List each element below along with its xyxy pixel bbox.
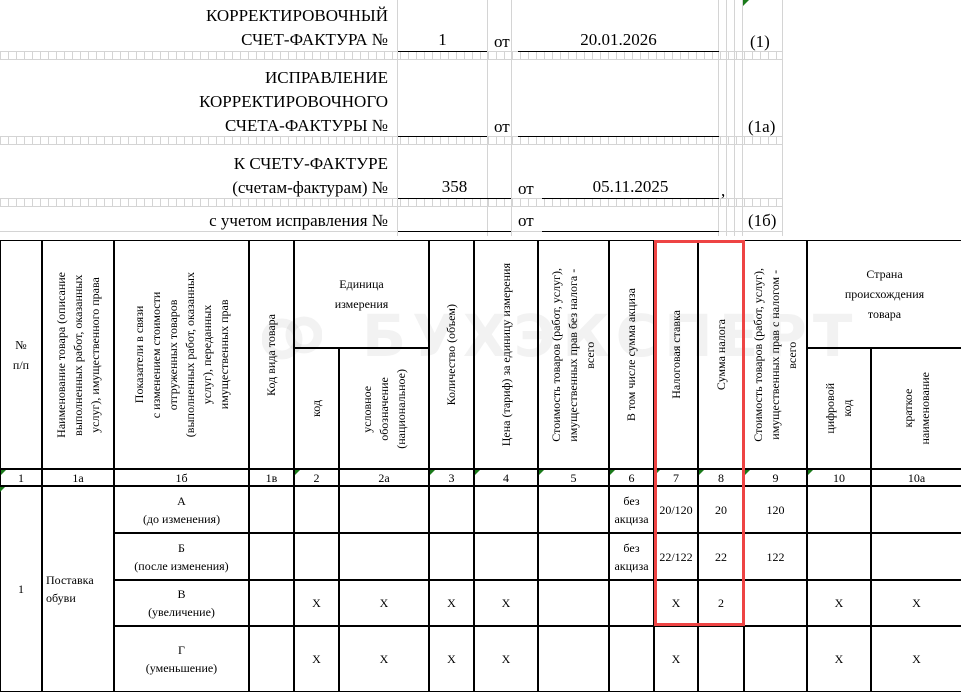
column-number: 3 xyxy=(429,469,474,486)
line-ref-1b: (1б) xyxy=(748,210,776,232)
line-ref-1a: (1а) xyxy=(748,116,775,138)
header-excise-text: В том числе сумма акциза xyxy=(623,288,640,421)
cell-country-code xyxy=(807,533,871,580)
cell-quantity xyxy=(429,533,474,580)
cell-goods-code xyxy=(249,626,294,692)
header-tax-amount-text: Сумма налога xyxy=(713,319,730,390)
comment-marker xyxy=(430,470,435,475)
column-number: 5 xyxy=(538,469,609,486)
cell-country-code-text: X xyxy=(835,650,844,668)
header-cost-with-tax-text: Стоимость товаров (работ, услуг), имущес… xyxy=(750,268,801,442)
column-number: 9 xyxy=(744,469,807,486)
cell-cost-wo-tax xyxy=(538,486,609,533)
cell-quantity xyxy=(429,486,474,533)
cell-tax-amount: 22 xyxy=(698,533,744,580)
column-number: 7 xyxy=(654,469,698,486)
base-invoice-number[interactable]: 358 xyxy=(398,176,511,199)
column-number: 1а xyxy=(42,469,114,486)
cell-cost-with-tax: 122 xyxy=(744,533,807,580)
cell-indicator-text: Г (уменьшение) xyxy=(146,641,217,677)
cell-goods-code xyxy=(249,533,294,580)
cell-unit-name-text: X xyxy=(380,594,389,612)
cell-excise xyxy=(609,580,654,626)
cell-tax-amount xyxy=(698,626,744,692)
correction-label: ИСПРАВЛЕНИЕ КОРРЕКТИРОВОЧНОГО СЧЕТА-ФАКТ… xyxy=(80,66,388,138)
cell-goods-code xyxy=(249,486,294,533)
corrective-invoice-number[interactable]: 1 xyxy=(398,29,487,52)
comment-marker xyxy=(655,470,660,475)
column-number: 1б xyxy=(114,469,249,486)
cell-quantity: X xyxy=(429,580,474,626)
header-country-code: цифровой код xyxy=(807,348,871,469)
cell-country-name-text: X xyxy=(912,594,921,612)
cell-price xyxy=(474,486,538,533)
header-price-text: Цена (тариф) за единицу измерения xyxy=(498,263,515,446)
column-number-text: 2а xyxy=(378,469,389,487)
cell-country-name xyxy=(871,533,961,580)
cell-unit-name-text: X xyxy=(380,650,389,668)
comment-marker xyxy=(295,470,300,475)
cell-country-name: X xyxy=(871,626,961,692)
grid-band xyxy=(0,51,783,60)
cell-unit-code: X xyxy=(294,580,339,626)
column-number-text: 1б xyxy=(175,469,187,487)
cell-unit-code xyxy=(294,533,339,580)
comment-marker xyxy=(539,470,544,475)
line-ref-1: (1) xyxy=(750,31,770,53)
header-quantity-text: Количество (объем) xyxy=(443,304,460,405)
header-goods-code-text: Код вида товара xyxy=(263,314,280,396)
header-name: Наименование товара (описание выполненны… xyxy=(42,240,114,469)
cell-unit-name xyxy=(339,533,429,580)
column-number-text: 1в xyxy=(266,469,278,487)
column-number-text: 4 xyxy=(503,469,509,487)
comment-marker xyxy=(1,470,6,475)
header-unit-name-text: условное обозначение (национальное) xyxy=(359,369,410,449)
column-number-text: 3 xyxy=(449,469,455,487)
cell-price-text: X xyxy=(502,594,511,612)
item-number: 1 xyxy=(0,486,42,692)
cell-indicator: Г (уменьшение) xyxy=(114,626,249,692)
column-number: 1 xyxy=(0,469,42,486)
column-number-text: 6 xyxy=(629,469,635,487)
header-cost-with-tax: Стоимость товаров (работ, услуг), имущес… xyxy=(744,240,807,469)
column-number-text: 8 xyxy=(718,469,724,487)
cell-country-code: X xyxy=(807,626,871,692)
cell-tax-rate: X xyxy=(654,580,698,626)
column-number-text: 1а xyxy=(72,469,83,487)
cell-tax-amount-text: 20 xyxy=(715,501,727,519)
header-name-text: Наименование товара (описание выполненны… xyxy=(53,272,104,438)
from-label: от xyxy=(494,31,510,53)
cell-country-code-text: X xyxy=(835,594,844,612)
from-label: от xyxy=(494,116,510,138)
cell-tax-amount-text: 22 xyxy=(715,548,727,566)
with-correction-label: с учетом исправления № xyxy=(80,209,388,233)
cell-indicator-text: Б (после изменения) xyxy=(134,539,228,575)
cell-tax-rate: 22/122 xyxy=(654,533,698,580)
header-tax-rate: Налоговая ставка xyxy=(654,240,698,469)
cell-tax-rate-text: X xyxy=(672,594,681,612)
header-unit-group: Единица измерения xyxy=(294,240,429,348)
comment-marker xyxy=(610,470,615,475)
cell-price: X xyxy=(474,626,538,692)
column-number-text: 1 xyxy=(18,469,24,487)
cell-country-name xyxy=(871,486,961,533)
cell-unit-name: X xyxy=(339,626,429,692)
header-country-name-text: краткое наименование xyxy=(900,372,934,445)
cell-cost-wo-tax xyxy=(538,626,609,692)
cell-tax-amount: 20 xyxy=(698,486,744,533)
cell-indicator-text: В (увеличение) xyxy=(148,585,215,621)
comment-marker xyxy=(743,0,749,6)
cell-indicator-text: А (до изменения) xyxy=(143,492,220,528)
cell-tax-rate: X xyxy=(654,626,698,692)
column-number: 10а xyxy=(871,469,961,486)
header-country-code-text: цифровой код xyxy=(822,383,856,434)
header-cost-without-tax-text: Стоимость товаров (работ, услуг), имущес… xyxy=(548,268,599,442)
cell-excise: без акциза xyxy=(609,533,654,580)
from-label: от xyxy=(518,210,534,232)
cell-country-name: X xyxy=(871,580,961,626)
column-number-text: 9 xyxy=(773,469,779,487)
with-correction-date[interactable] xyxy=(542,209,719,232)
cell-tax-rate-text: 20/120 xyxy=(659,501,692,519)
cell-unit-name: X xyxy=(339,580,429,626)
header-tax-rate-text: Налоговая ставка xyxy=(668,310,685,399)
cell-cost-with-tax xyxy=(744,580,807,626)
cell-country-code: X xyxy=(807,580,871,626)
cell-unit-code-text: X xyxy=(312,594,321,612)
cell-excise-text: без акциза xyxy=(614,492,648,528)
header-price: Цена (тариф) за единицу измерения xyxy=(474,240,538,469)
column-number: 4 xyxy=(474,469,538,486)
cell-excise-text: без акциза xyxy=(614,539,648,575)
correction-date[interactable] xyxy=(518,114,719,137)
column-number: 6 xyxy=(609,469,654,486)
column-number: 10 xyxy=(807,469,871,486)
cell-cost-wo-tax xyxy=(538,533,609,580)
comment-marker xyxy=(808,470,813,475)
cell-goods-code xyxy=(249,580,294,626)
base-invoice-label: К СЧЕТУ-ФАКТУРЕ (счетам-фактурам) № xyxy=(80,152,388,200)
cell-cost-with-tax: 120 xyxy=(744,486,807,533)
cell-tax-rate-text: X xyxy=(672,650,681,668)
column-number: 2а xyxy=(339,469,429,486)
item-name: Поставка обуви xyxy=(42,486,114,692)
item-number-text: 1 xyxy=(18,580,24,598)
column-number-text: 2 xyxy=(314,469,320,487)
cell-indicator: А (до изменения) xyxy=(114,486,249,533)
header-country-group: Страна происхождения товара xyxy=(807,240,961,348)
cell-price: X xyxy=(474,580,538,626)
header-quantity: Количество (объем) xyxy=(429,240,474,469)
cell-country-name-text: X xyxy=(912,650,921,668)
column-number: 2 xyxy=(294,469,339,486)
cell-unit-code xyxy=(294,486,339,533)
cell-price xyxy=(474,533,538,580)
cell-cost-wo-tax xyxy=(538,580,609,626)
cell-unit-code: X xyxy=(294,626,339,692)
column-number: 1в xyxy=(249,469,294,486)
cell-indicator: В (увеличение) xyxy=(114,580,249,626)
header-country-name: краткое наименование xyxy=(871,348,961,469)
column-number-text: 5 xyxy=(571,469,577,487)
cell-quantity: X xyxy=(429,626,474,692)
cell-cost-with-tax-text: 120 xyxy=(767,501,785,519)
cell-cost-with-tax xyxy=(744,626,807,692)
header-unit-code-text: код xyxy=(308,400,325,417)
from-label: от xyxy=(518,178,534,200)
base-invoice-date[interactable]: 05.11.2025 xyxy=(542,176,719,199)
header-cost-without-tax: Стоимость товаров (работ, услуг), имущес… xyxy=(538,240,609,469)
column-number: 8 xyxy=(698,469,744,486)
header-num: № п/п xyxy=(0,240,42,469)
header-indicators-text: Показатели в связи с изменением стоимост… xyxy=(131,272,233,437)
cell-quantity-text: X xyxy=(447,594,456,612)
cell-excise: без акциза xyxy=(609,486,654,533)
column-number-text: 10 xyxy=(833,469,845,487)
header-country-group-text: Страна происхождения товара xyxy=(845,264,924,324)
comment-marker xyxy=(475,470,480,475)
cell-unit-name xyxy=(339,486,429,533)
header-excise: В том числе сумма акциза xyxy=(609,240,654,469)
cell-price-text: X xyxy=(502,650,511,668)
column-number-text: 7 xyxy=(673,469,679,487)
comment-marker xyxy=(745,470,750,475)
header-tax-amount: Сумма налога xyxy=(698,240,744,469)
cell-tax-rate: 20/120 xyxy=(654,486,698,533)
header-indicators: Показатели в связи с изменением стоимост… xyxy=(114,240,249,469)
with-correction-number[interactable] xyxy=(398,209,511,232)
cell-tax-amount-text: 2 xyxy=(718,594,724,612)
correction-number[interactable] xyxy=(398,114,487,137)
cell-indicator: Б (после изменения) xyxy=(114,533,249,580)
header-unit-code: код xyxy=(294,348,339,469)
cell-tax-amount: 2 xyxy=(698,580,744,626)
cell-tax-rate-text: 22/122 xyxy=(659,548,692,566)
cell-unit-code-text: X xyxy=(312,650,321,668)
cell-excise xyxy=(609,626,654,692)
header-unit-group-text: Единица измерения xyxy=(335,274,389,314)
comma: , xyxy=(721,180,725,202)
corrective-invoice-label: КОРРЕКТИРОВОЧНЫЙ СЧЕТ-ФАКТУРА № xyxy=(80,4,388,52)
cell-country-code xyxy=(807,486,871,533)
corrective-invoice-date[interactable]: 20.01.2026 xyxy=(518,29,719,52)
comment-marker xyxy=(0,487,5,492)
cell-quantity-text: X xyxy=(447,650,456,668)
cell-cost-with-tax-text: 122 xyxy=(767,548,785,566)
column-number-text: 10а xyxy=(908,469,925,487)
header-num-text: № п/п xyxy=(13,335,29,375)
comment-marker xyxy=(699,470,704,475)
header-unit-name: условное обозначение (национальное) xyxy=(339,348,429,469)
header-goods-code: Код вида товара xyxy=(249,240,294,469)
item-name-text: Поставка обуви xyxy=(46,571,94,607)
